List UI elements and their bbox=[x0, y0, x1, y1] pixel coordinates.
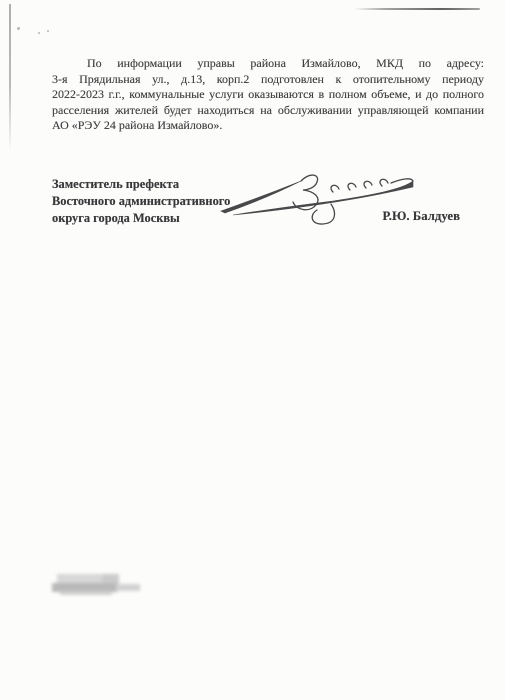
scan-artifact-top-line bbox=[354, 8, 480, 10]
paragraph-line: АО «РЭУ 24 района Измайлово». bbox=[52, 118, 484, 134]
scan-speck bbox=[47, 30, 49, 32]
paragraph-line: По информации управы района Измайлово, М… bbox=[52, 56, 484, 72]
scanned-letter-page: По информации управы района Измайлово, М… bbox=[0, 0, 505, 700]
signature-icon bbox=[213, 167, 418, 227]
paragraph-line: расселения жителей будет находиться на о… bbox=[52, 103, 484, 119]
body-paragraph: По информации управы района Измайлово, М… bbox=[52, 56, 484, 134]
paragraph-line: 2022-2023 г.г., коммунальные услуги оказ… bbox=[52, 87, 484, 103]
paragraph-line: 3-я Прядильная ул., д.13, корп.2 подгото… bbox=[52, 72, 484, 88]
redaction-blur bbox=[52, 572, 144, 598]
redaction-block bbox=[60, 591, 112, 595]
scan-speck bbox=[17, 27, 20, 30]
scan-speck bbox=[38, 32, 40, 34]
redaction-block bbox=[116, 584, 140, 591]
scan-artifact-left-line bbox=[9, 4, 11, 152]
